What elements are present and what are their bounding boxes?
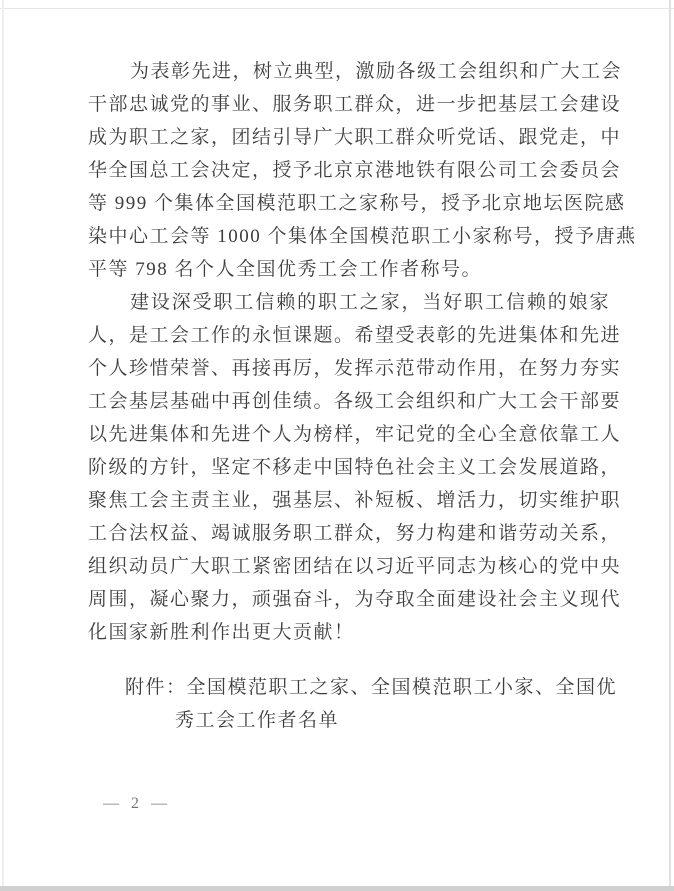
text-line: 聚焦工会主责主业，强基层、补短板、增活力，切实维护职 [88, 484, 610, 517]
body-paragraph-2: 建设深受职工信赖的职工之家，当好职工信赖的娘家人，是工会工作的永恒课题。希望受表… [88, 286, 610, 649]
text-line: 等 999 个集体全国模范职工之家称号，授予北京地坛医院感 [88, 187, 610, 220]
text-line: 平等 798 名个人全国优秀工会工作者称号。 [88, 253, 610, 286]
text-line: 组织动员广大职工紧密团结在以习近平同志为核心的党中央 [88, 550, 610, 583]
text-line: 工合法权益、竭诚服务职工群众，努力构建和谐劳动关系， [88, 517, 610, 550]
text-line: 周围，凝心聚力，顽强奋斗，为夺取全面建设社会主义现代 [88, 583, 610, 616]
text-line: 附件：全国模范职工之家、全国模范职工小家、全国优 [125, 671, 610, 704]
text-line: 染中心工会等 1000 个集体全国模范职工小家称号，授予唐燕 [88, 220, 610, 253]
text-line: 成为职工之家，团结引导广大职工群众听党话、跟党走，中 [88, 121, 610, 154]
text-line: 以先进集体和先进个人为榜样，牢记党的全心全意依靠工人 [88, 418, 610, 451]
text-line: 个人珍惜荣誉、再接再厉，发挥示范带动作用，在努力夯实 [88, 352, 610, 385]
page-number: — 2 — [103, 795, 171, 813]
document-body: 为表彰先进，树立典型，激励各级工会组织和广大工会干部忠诚党的事业、服务职工群众，… [88, 55, 610, 737]
text-line: 秀工会工作者名单 [175, 704, 610, 737]
body-paragraph-1: 为表彰先进，树立典型，激励各级工会组织和广大工会干部忠诚党的事业、服务职工群众，… [88, 55, 610, 286]
text-line: 阶级的方针，坚定不移走中国特色社会主义工会发展道路， [88, 451, 610, 484]
text-line: 为表彰先进，树立典型，激励各级工会组织和广大工会 [88, 55, 610, 88]
scan-bottom-edge-bar [0, 886, 674, 891]
scanned-document-page: 为表彰先进，树立典型，激励各级工会组织和广大工会干部忠诚党的事业、服务职工群众，… [0, 0, 674, 891]
text-line: 工会基层基础中再创佳绩。各级工会组织和广大工会干部要 [88, 385, 610, 418]
text-line: 化国家新胜利作出更大贡献！ [88, 616, 610, 649]
text-line: 干部忠诚党的事业、服务职工群众，进一步把基层工会建设 [88, 88, 610, 121]
text-line: 人，是工会工作的永恒课题。希望受表彰的先进集体和先进 [88, 319, 610, 352]
scan-top-edge-line [0, 8, 674, 9]
scan-left-edge-line [2, 0, 4, 891]
text-line: 华全国总工会决定，授予北京京港地铁有限公司工会委员会 [88, 154, 610, 187]
scan-right-edge-line [669, 0, 671, 891]
attachment-note: 附件：全国模范职工之家、全国模范职工小家、全国优秀工会工作者名单 [125, 671, 610, 737]
text-line: 建设深受职工信赖的职工之家，当好职工信赖的娘家 [88, 286, 610, 319]
